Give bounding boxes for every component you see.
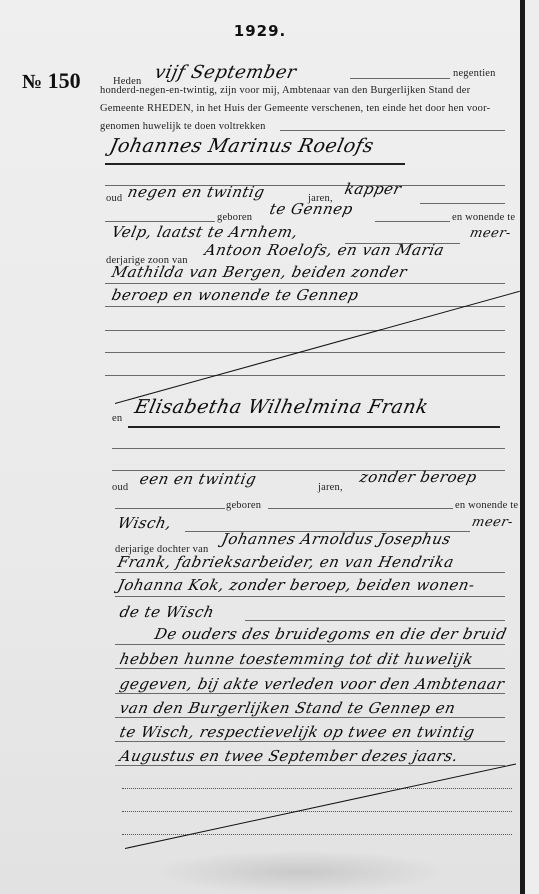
- ruled-line: [115, 741, 505, 742]
- ruled-line: [112, 448, 505, 449]
- ruled-line: [115, 572, 505, 573]
- page-margin: [525, 0, 539, 894]
- ruled-line: [115, 765, 505, 766]
- paper-stain: [150, 850, 450, 894]
- ruled-line: [115, 668, 505, 669]
- number-sign: №: [22, 71, 42, 93]
- consent-line-1: De ouders des bruidegoms en die der brui…: [153, 625, 508, 643]
- groom-parents-line-3: beroep en wonende te Gennep: [110, 286, 360, 304]
- ruled-line: [115, 644, 505, 645]
- handwritten-date: vijf September: [153, 62, 299, 83]
- acte-number-value: 150: [48, 68, 81, 93]
- printed-negentien: negentien: [453, 68, 496, 79]
- bride-name: Elisabetha Wilhelmina Frank: [133, 396, 431, 418]
- certificate-page: 1929. № 150 Heden vijf September negenti…: [0, 0, 520, 894]
- groom-name: Johannes Marinus Roelofs: [108, 135, 376, 157]
- acte-number: № 150: [22, 68, 81, 94]
- ruled-line: [105, 330, 505, 331]
- groom-parents-line-1: Antoon Roelofs, en van Maria: [203, 241, 446, 259]
- bride-parents-line-4: de te Wisch: [118, 603, 216, 621]
- consent-line-3: gegeven, bij akte verleden voor den Ambt…: [118, 675, 506, 693]
- printed-line-4: genomen huwelijk te doen voltrekken: [100, 121, 266, 132]
- bride-age: een en twintig: [138, 470, 258, 488]
- fill-line: [268, 508, 453, 509]
- consent-line-2: hebben hunne toestemming tot dit huwelij…: [118, 650, 475, 668]
- fill-line: [115, 508, 225, 509]
- bride-parents-line-2: Frank, fabrieksarbeider, en van Hendrika: [116, 553, 456, 571]
- ruled-line: [115, 693, 505, 694]
- ruled-line: [105, 283, 505, 284]
- fill-line: [420, 203, 505, 204]
- cancel-stroke: [125, 763, 516, 849]
- ruled-line: [115, 596, 505, 597]
- bride-parents-line-3: Johanna Kok, zonder beroep, beiden wonen…: [116, 576, 476, 594]
- name-underline: [128, 426, 500, 428]
- bride-occupation: zonder beroep: [358, 468, 478, 486]
- fill-line: [245, 620, 505, 621]
- groom-birthplace: te Gennep: [268, 200, 355, 218]
- fill-line: [105, 221, 215, 222]
- groom-meer: meer-: [468, 226, 512, 241]
- ruled-line: [105, 375, 505, 376]
- record-year: 1929.: [0, 22, 520, 40]
- groom-residence: Velp, laatst te Arnhem,: [110, 223, 300, 241]
- groom-parents-line-2: Mathilda van Bergen, beiden zonder: [110, 263, 409, 281]
- bride-parents-line-1: Johannes Arnoldus Josephus: [220, 530, 453, 548]
- consent-line-5: te Wisch, respectievelijk op twee en twi…: [118, 723, 476, 741]
- groom-age: negen en twintig: [126, 183, 266, 201]
- ruled-line: [115, 717, 505, 718]
- bride-meer: meer-: [470, 515, 514, 530]
- printed-oud: oud: [112, 482, 128, 493]
- printed-line-2: honderd-negen-en-twintig, zijn voor mij,…: [100, 85, 470, 96]
- groom-occupation: kapper: [343, 180, 403, 198]
- printed-en: en: [112, 413, 122, 424]
- consent-line-4: van den Burgerlijken Stand te Gennep en: [118, 699, 457, 717]
- printed-wonende: en wonende te: [452, 212, 515, 223]
- ruled-line: [105, 352, 505, 353]
- printed-oud: oud: [106, 193, 122, 204]
- fill-line: [280, 130, 505, 131]
- ruled-line: [122, 788, 512, 789]
- printed-geboren: geboren: [226, 500, 261, 511]
- fill-line: [350, 78, 450, 79]
- printed-geboren: geboren: [217, 212, 252, 223]
- ruled-line: [105, 306, 505, 307]
- printed-jaren: jaren,: [318, 482, 343, 493]
- name-underline: [105, 163, 405, 165]
- printed-line-3: Gemeente RHEDEN, in het Huis der Gemeent…: [100, 103, 490, 114]
- ruled-line: [122, 811, 512, 812]
- consent-line-6: Augustus en twee September dezes jaars.: [118, 747, 460, 765]
- printed-wonende: en wonende te: [455, 500, 518, 511]
- bride-residence: Wisch,: [116, 514, 173, 532]
- fill-line: [375, 221, 450, 222]
- cancel-stroke: [115, 291, 520, 404]
